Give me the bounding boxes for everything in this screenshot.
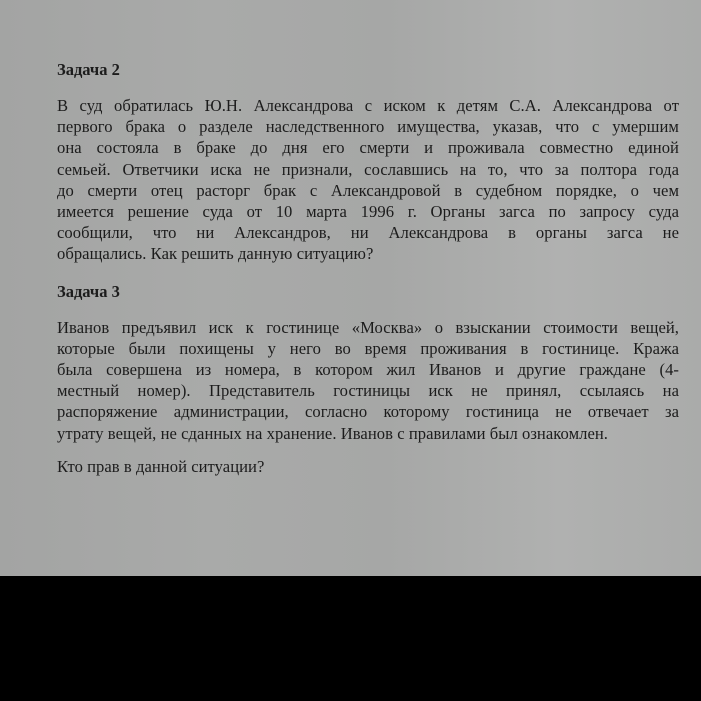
- task-3-title: Задача 3: [57, 282, 679, 302]
- task-2-line: обращались. Как решить данную ситуацию?: [57, 243, 679, 264]
- task-2-line: В суд обратилась Ю.Н. Александрова с иск…: [57, 95, 679, 116]
- paper-sheet: Задача 2 В суд обратилась Ю.Н. Александр…: [0, 0, 701, 576]
- task-2-title: Задача 2: [57, 60, 679, 80]
- task-2-line: сообщили, что ни Александров, ни Алексан…: [57, 222, 679, 243]
- task-3-body: Иванов предъявил иск к гостинице «Москва…: [57, 317, 679, 444]
- question-line: Кто прав в данной ситуации?: [57, 456, 679, 477]
- task-2-line: до смерти отец расторг брак с Александро…: [57, 180, 679, 201]
- task-2-line: семьей. Ответчики иска не признали, сосл…: [57, 159, 679, 180]
- spacer: [57, 265, 679, 282]
- document-content: Задача 2 В суд обратилась Ю.Н. Александр…: [57, 60, 679, 477]
- task-3-line: которые были похищены у него во время пр…: [57, 338, 679, 359]
- black-bottom-area: [0, 576, 701, 701]
- task-2-body: В суд обратилась Ю.Н. Александрова с иск…: [57, 95, 679, 265]
- task-2-line: первого брака о разделе наследственного …: [57, 116, 679, 137]
- task-3-line: распоряжение администрации, согласно кот…: [57, 401, 679, 422]
- task-3-line: была совершена из номера, в котором жил …: [57, 359, 679, 380]
- task-3-line: Иванов предъявил иск к гостинице «Москва…: [57, 317, 679, 338]
- task-2-line: имеется решение суда от 10 марта 1996 г.…: [57, 201, 679, 222]
- spacer: [57, 444, 679, 456]
- task-3-question: Кто прав в данной ситуации?: [57, 456, 679, 477]
- task-3-line: утрату вещей, не сданных на хранение. Ив…: [57, 423, 679, 444]
- task-2-line: она состояла в браке до дня его смерти и…: [57, 137, 679, 158]
- task-3-line: местный номер). Представитель гостиницы …: [57, 380, 679, 401]
